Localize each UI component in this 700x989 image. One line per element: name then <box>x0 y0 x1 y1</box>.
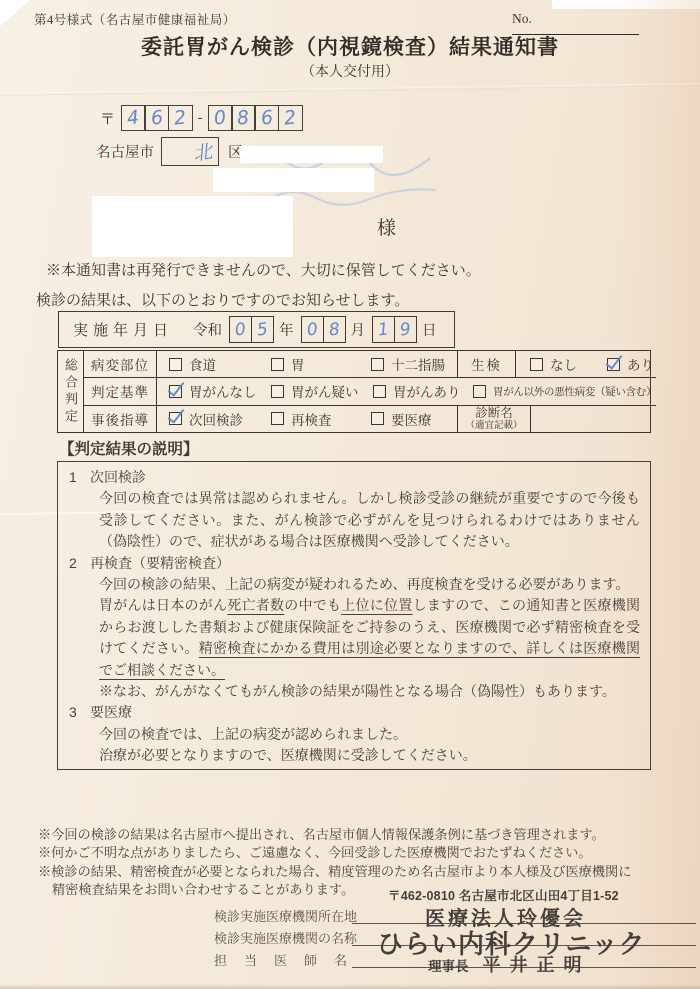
explanation-heading: 【判定結果の説明】 <box>59 437 199 459</box>
section-body: 今回の検査では異常は認められません。しかし検診受診の継続が重要ですので今後も受診… <box>99 488 640 552</box>
option-cancer-present: 胃がんあり <box>373 381 473 401</box>
exam-date-label: 実施年月日 <box>73 319 173 340</box>
option-biopsy-yes: あり <box>607 354 654 374</box>
checkbox <box>530 358 543 371</box>
handwritten-digit: 8 <box>236 108 250 128</box>
checkbox <box>371 358 384 371</box>
doctor-name-label: 担当医師名 <box>214 950 364 969</box>
no-label: No. <box>512 11 532 26</box>
table-row-lesion-site: 病変部位 食道 胃 十二指腸 生検 <box>84 351 656 378</box>
section-paragraph: 胃がんは日本のがん死亡者数の中でも上位に位置しますので、この通知書と医療機関から… <box>99 595 640 681</box>
row-label: 事後指導 <box>84 406 157 432</box>
section-line: 今回の検診の結果、上記の病変が疑われるため、再度検査を受ける必要があります。 <box>99 574 640 595</box>
checkbox <box>271 412 284 425</box>
checkmark-icon <box>168 406 185 424</box>
exam-date-box: 実施年月日 令和 0 5 年 0 8 月 1 9 日 <box>58 311 455 348</box>
scan-edge <box>552 0 700 9</box>
director-title: 理事長 <box>428 955 469 975</box>
biopsy-label: 生検 <box>457 351 516 377</box>
document-subtitle: （本人交付用） <box>0 61 700 81</box>
section-number: 2 <box>69 553 90 574</box>
judgment-table: 総合判定 病変部位 食道 胃 十二指腸 <box>57 350 651 433</box>
footnote: ※何かご不明な点がありましたら、ご遠慮なく、今回受診した医療機関でおたずねくださ… <box>38 844 631 862</box>
handwritten-digit: 1 <box>377 319 390 340</box>
clinic-location-label: 検診実施医療機関所在地 <box>214 906 357 925</box>
footnote: ※検診の結果、精密検査が必要となられた場合、精度管理のため名古屋市より本人様及び… <box>38 863 631 881</box>
ward-box: 北 <box>161 137 219 166</box>
handwritten-digit: 2 <box>173 108 187 128</box>
handwritten-digit: 2 <box>283 108 297 128</box>
postal-digit-box: 4 <box>121 105 146 131</box>
paper-crease <box>0 83 700 96</box>
explanation-box: 1 次回検診 今回の検査では異常は認められません。しかし検診受診の継続が重要です… <box>57 461 651 770</box>
handwritten-digit: 6 <box>260 108 274 128</box>
redaction-block <box>213 168 374 192</box>
handwritten-digit: 8 <box>328 319 341 340</box>
checkmark-icon <box>168 378 185 396</box>
honorific-label: 様 <box>377 213 396 240</box>
explanation-section-3: 3 要医療 今回の検査では、上記の病変が認められました。 治療が必要となりますの… <box>69 702 640 766</box>
director-name: 平井正明 <box>483 951 591 977</box>
section-title: 再検査（要精密検査） <box>90 553 230 574</box>
option-suspected-cancer: 胃がん疑い <box>271 381 373 401</box>
handwritten-ward: 北 <box>191 137 214 167</box>
option-medical-care: 要医療 <box>371 409 432 429</box>
form-code: 第4号様式（名古屋市健康福祉局） <box>34 10 236 28</box>
table-row-criteria: 判定基準 胃がんなし 胃がん疑い 胃がんあり <box>84 378 656 405</box>
checkbox <box>607 358 620 371</box>
postal-dash: - <box>198 110 203 127</box>
explanation-section-2: 2 再検査（要精密検査） 今回の検診の結果、上記の病変が疑われるため、再度検査を… <box>69 553 640 703</box>
postal-first-group: 4 6 2 <box>121 105 193 131</box>
section-line: 治療が必要となりますので、医療機関に受診してください。 <box>99 745 640 766</box>
section-number: 1 <box>69 467 90 488</box>
footnote: ※今回の検診の結果は名古屋市へ提出され、名古屋市個人情報保護条例に基づき管理され… <box>38 826 631 844</box>
postal-digit-box: 8 <box>231 105 256 131</box>
month-unit: 月 <box>351 319 366 340</box>
section-note: ※なお、がんがなくてもがん検診の結果が陽性となる場合（偽陽性）もあります。 <box>99 681 640 702</box>
section-body: 今回の検診の結果、上記の病変が疑われるため、再度検査を受ける必要があります。 胃… <box>99 574 640 702</box>
section-number: 3 <box>69 702 90 723</box>
keep-notice: ※本通知書は再発行できませんので、大切に保管してください。 <box>46 259 481 280</box>
option-esophagus: 食道 <box>169 354 271 374</box>
option-duodenum: 十二指腸 <box>371 354 445 374</box>
postal-digit-box: 0 <box>208 105 233 131</box>
section-title: 次回検診 <box>90 467 146 488</box>
year-unit: 年 <box>279 319 294 340</box>
day-unit: 日 <box>422 319 437 340</box>
postal-second-group: 0 8 6 2 <box>208 105 303 131</box>
section-title: 要医療 <box>90 702 132 723</box>
clinic-name-label: 検診実施医療機関の名称 <box>214 928 357 947</box>
option-next-screening: 次回検診 <box>169 409 271 429</box>
checkbox <box>473 385 486 398</box>
document-title: 委託胃がん検診（内視鏡検査）結果通知書 <box>0 31 700 61</box>
explanation-section-1: 1 次回検診 今回の検査では異常は認められません。しかし検診受診の継続が重要です… <box>69 467 640 553</box>
handwritten-digit: 9 <box>399 319 412 340</box>
day-box: 1 9 <box>372 316 417 343</box>
judgment-vertical-header: 総合判定 <box>58 351 84 432</box>
clinic-director-stamp: 理事長 平井正明 <box>428 951 591 977</box>
table-row-followup: 事後指導 次回検診 再検査 要医療 診断名 <box>84 406 656 432</box>
checkbox <box>373 385 386 398</box>
postal-digit-box: 6 <box>144 105 169 131</box>
checkbox <box>169 412 182 425</box>
diagnosis-value <box>531 406 656 432</box>
handwritten-digit: 0 <box>234 319 247 340</box>
checkbox <box>371 412 384 425</box>
scan-shading <box>0 984 700 989</box>
postal-digit-box: 2 <box>278 105 303 131</box>
postal-digit-box: 6 <box>254 105 279 131</box>
handwritten-digit: 0 <box>213 108 227 128</box>
option-reexamination: 再検査 <box>271 409 371 429</box>
handwritten-digit: 5 <box>256 319 269 340</box>
row-label: 判定基準 <box>84 378 157 404</box>
address-row: 名古屋市 北 区 <box>96 137 243 166</box>
diagnosis-name-cell: 診断名 （適宜記載） <box>457 406 531 432</box>
scan-corner <box>0 0 30 26</box>
row-label: 病変部位 <box>84 351 157 377</box>
section-line: 今回の検査では、上記の病変が認められました。 <box>99 724 640 745</box>
option-no-cancer: 胃がんなし <box>169 381 271 401</box>
postal-digit-box: 2 <box>168 105 193 131</box>
month-box: 0 8 <box>301 316 346 343</box>
city-label: 名古屋市 <box>96 141 154 162</box>
handwritten-digit: 0 <box>306 319 319 340</box>
checkbox <box>169 358 182 371</box>
checkbox <box>271 385 284 398</box>
section-body: 今回の検査では、上記の病変が認められました。 治療が必要となりますので、医療機関… <box>99 724 640 767</box>
postal-code-row: 〒 4 6 2 - 0 8 6 2 <box>100 105 303 131</box>
checkbox <box>271 358 284 371</box>
checkbox <box>169 385 182 398</box>
redaction-block <box>240 146 383 163</box>
handwritten-digit: 4 <box>127 108 141 128</box>
option-other-malignancy: 胃がん以外の悪性病変（疑い含む） <box>473 384 656 399</box>
year-box: 0 5 <box>229 316 274 343</box>
option-biopsy-no: なし <box>530 354 577 374</box>
postal-mark-icon: 〒 <box>100 108 115 129</box>
checkmark-icon <box>606 351 623 369</box>
handwritten-digit: 6 <box>150 108 164 128</box>
scanned-form: 第4号様式（名古屋市健康福祉局） No. 委託胃がん検診（内視鏡検査）結果通知書… <box>0 0 700 989</box>
era-label: 令和 <box>193 319 222 340</box>
result-notice: 検診の結果は、以下のとおりですのでお知らせします。 <box>36 289 409 310</box>
redaction-block <box>92 196 293 257</box>
option-stomach: 胃 <box>271 354 371 374</box>
